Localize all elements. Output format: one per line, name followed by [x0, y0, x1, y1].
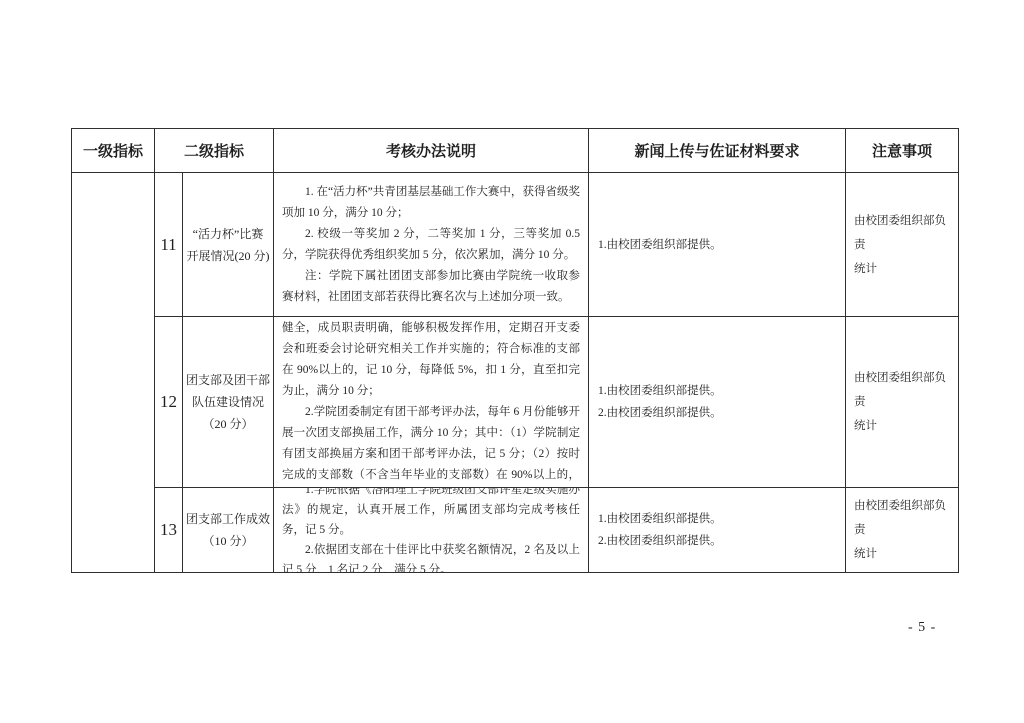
- level1-indicator-cell: [72, 173, 155, 573]
- materials-line: 2.由校团委组织部提供。: [598, 402, 841, 424]
- header-label-method: 考核办法说明: [386, 140, 476, 161]
- method-paragraph: 1.学院依据《洛阳理工学院班级团支部评星定级实施办法》的规定，认真开展工作，所属…: [282, 488, 580, 540]
- notes-cell: 由校团委组织部负责 统计: [846, 317, 959, 488]
- indicator-line: （10 分）: [186, 530, 270, 552]
- materials-line: 1.由校团委组织部提供。: [598, 380, 841, 402]
- method-paragraph: 1.团支部能够深入推动落实班团一体化工作职责，班子健全，成员职责明确，能够积极发…: [282, 317, 580, 402]
- indicator-cell: “活力杯”比赛 开展情况(20 分): [183, 173, 274, 317]
- note-line: 统计: [854, 257, 955, 281]
- header-cell-materials: 新闻上传与佐证材料要求: [589, 129, 846, 173]
- notes-cell: 由校团委组织部负责 统计: [846, 173, 959, 317]
- materials-cell: 1.由校团委组织部提供。: [589, 173, 846, 317]
- header-label-materials: 新闻上传与佐证材料要求: [634, 140, 799, 161]
- indicator-line: 团支部及团干部: [186, 369, 270, 391]
- page-number: - 5 -: [908, 620, 936, 636]
- row-number: 11: [155, 173, 183, 317]
- header-label-level1: 一级指标: [83, 140, 143, 161]
- method-paragraph: 2. 校级一等奖加 2 分，二等奖加 1 分，三等奖加 0.5 分，学院获得优秀…: [282, 224, 580, 266]
- note-line: 统计: [854, 414, 955, 438]
- materials-cell: 1.由校团委组织部提供。 2.由校团委组织部提供。: [589, 488, 846, 573]
- indicator-line: （20 分）: [186, 413, 270, 435]
- header-cell-method: 考核办法说明: [274, 129, 589, 173]
- method-paragraph: 1. 在“活力杯”共青团基层基础工作大赛中，获得省级奖项加 10 分，满分 10…: [282, 182, 580, 224]
- header-cell-notes: 注意事项: [846, 129, 959, 173]
- row-number: 12: [155, 317, 183, 488]
- header-cell-level1: 一级指标: [72, 129, 155, 173]
- indicator-cell: 团支部及团干部 队伍建设情况 （20 分）: [183, 317, 274, 488]
- method-cell: 1. 在“活力杯”共青团基层基础工作大赛中，获得省级奖项加 10 分，满分 10…: [274, 173, 589, 317]
- materials-line: 1.由校团委组织部提供。: [598, 234, 841, 256]
- indicator-line: 开展情况(20 分): [186, 245, 270, 267]
- row-number: 13: [155, 488, 183, 573]
- header-label-notes: 注意事项: [872, 140, 932, 161]
- note-line: 由校团委组织部负责: [854, 209, 955, 257]
- materials-line: 1.由校团委组织部提供。: [598, 508, 841, 530]
- indicator-cell: 团支部工作成效 （10 分）: [183, 488, 274, 573]
- materials-line: 2.由校团委组织部提供。: [598, 530, 841, 552]
- method-cell: 1.学院依据《洛阳理工学院班级团支部评星定级实施办法》的规定，认真开展工作，所属…: [274, 488, 589, 573]
- method-cell: 1.团支部能够深入推动落实班团一体化工作职责，班子健全，成员职责明确，能够积极发…: [274, 317, 589, 488]
- indicator-line: 团支部工作成效: [186, 508, 270, 530]
- note-line: 统计: [854, 542, 955, 566]
- indicator-line: 队伍建设情况: [186, 391, 270, 413]
- method-paragraph: 注：学院下属社团团支部参加比赛由学院统一收取参赛材料，社团团支部若获得比赛名次与…: [282, 266, 580, 308]
- note-line: 由校团委组织部负责: [854, 366, 955, 414]
- document-page: 一级指标 二级指标 考核办法说明 新闻上传与佐证材料要求 注意事项 11 “活力…: [0, 0, 1024, 723]
- header-cell-level2: 二级指标: [155, 129, 274, 173]
- assessment-table: 一级指标 二级指标 考核办法说明 新闻上传与佐证材料要求 注意事项 11 “活力…: [71, 128, 959, 573]
- materials-cell: 1.由校团委组织部提供。 2.由校团委组织部提供。: [589, 317, 846, 488]
- indicator-line: “活力杯”比赛: [186, 223, 270, 245]
- header-label-level2: 二级指标: [184, 140, 244, 161]
- method-paragraph: 2.学院团委制定有团干部考评办法，每年 6 月份能够开展一次团支部换届工作，满分…: [282, 402, 580, 488]
- method-paragraph: 2.依据团支部在十佳评比中获奖名额情况，2 名及以上记 5 分，1 名记 2 分…: [282, 540, 580, 573]
- notes-cell: 由校团委组织部负责 统计: [846, 488, 959, 573]
- note-line: 由校团委组织部负责: [854, 494, 955, 542]
